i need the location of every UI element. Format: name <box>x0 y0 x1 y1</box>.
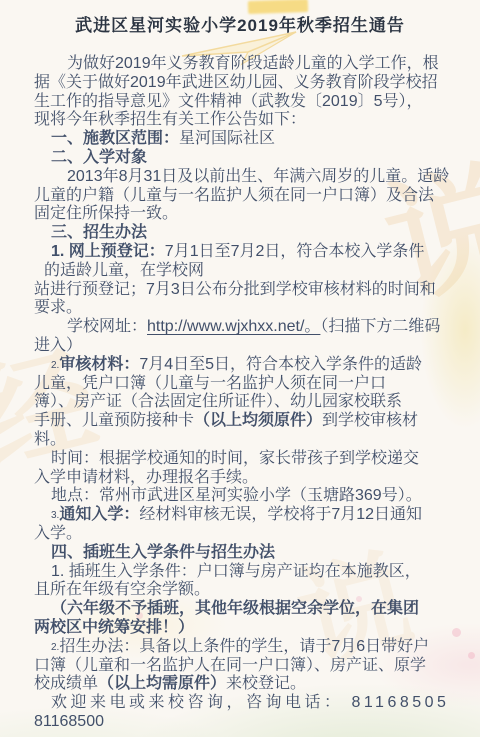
text-segment: 现将今年秋季招生有关工作公告如下： <box>34 111 306 128</box>
document-line: 四、插班生入学条件与招生办法 <box>51 544 474 563</box>
text-segment: 2013年8月31日及以前出生、年满六周岁的儿童。适龄 <box>67 168 449 185</box>
document-line: 手册、儿童预防接种卡（以上均须原件）到学校审核材 <box>34 412 474 431</box>
text-segment: 经材料审核无误，学校将于7月12日通知 <box>139 506 422 523</box>
text-segment: 儿童，凭户口簿（儿童与一名监护人须在同一户口 <box>34 375 386 392</box>
document-line: 81168500 <box>34 713 474 732</box>
text-segment: 二、入学对象 <box>51 149 147 166</box>
document-line: 进入） <box>34 337 474 356</box>
text-segment: 入学申请材料，办理报名手续。 <box>34 469 258 486</box>
document-line: 1. 插班生入学条件：户口簿与房产证均在本施教区， <box>51 563 474 582</box>
text-segment: 据《关于做好2019年武进区幼儿园、义务教育阶段学校招 <box>34 74 438 91</box>
document-line: 2013年8月31日及以前出生、年满六周岁的儿童。适龄 <box>67 168 474 187</box>
text-segment: 料。 <box>34 431 66 448</box>
text-segment: 学校网址： <box>67 318 147 335</box>
document-line: 现将今年秋季招生有关工作公告如下： <box>34 111 474 130</box>
text-segment: （六年级不予插班，其他年级根据空余学位，在集团 <box>51 600 419 617</box>
document-line: （六年级不予插班，其他年级根据空余学位，在集团 <box>51 600 474 619</box>
text-segment: 站进行预登记；7月3日公布分批到学校审核材料的时间和 <box>34 281 436 298</box>
document-line: 学校网址：http://www.wjxhxx.net/。（扫描下方二维码 <box>67 318 474 337</box>
page-title: 武进区星河实验小学2019年秋季招生通告 <box>0 11 480 36</box>
text-segment: 通知入学： <box>59 506 139 523</box>
document-line: 的适龄儿童，在学校网 <box>44 262 474 281</box>
text-segment: 7月1日至7月2日，符合本校入学条件 <box>165 243 425 260</box>
document-line: 且所在年级有空余学额。 <box>34 581 474 600</box>
document-line: 口簿（儿童和一名监护人在同一户口簿）、房产证、原学 <box>34 657 474 676</box>
document-line: 入学。 <box>34 525 474 544</box>
text-segment: 儿童的户籍（儿童与一名监护人须在同一户口簿）及合法 <box>34 187 434 204</box>
text-segment: 7月4日至5日，符合本校入学条件的适龄 <box>139 356 422 373</box>
document-line: 簿）、房产证（合法固定住所证件）、幼儿园家校联系 <box>34 393 474 412</box>
text-segment: 来校登记。 <box>226 675 306 692</box>
text-segment: （以上均需原件） <box>98 675 226 692</box>
document-line: 2.审核材料：7月4日至5日，符合本校入学条件的适龄 <box>51 356 474 375</box>
text-segment: 入学。 <box>34 525 82 542</box>
document-line: 二、入学对象 <box>51 149 474 168</box>
text-segment: 且所在年级有空余学额。 <box>34 581 210 598</box>
document-line: 据《关于做好2019年武进区幼儿园、义务教育阶段学校招 <box>34 74 474 93</box>
text-segment: 校成绩单 <box>34 675 98 692</box>
document-line: 生工作的指导意见》文件精神（武教发〔2019〕5号）， <box>34 93 474 112</box>
text-segment: 的适龄儿童，在学校网 <box>44 262 204 279</box>
text-segment: 口簿（儿童和一名监护人在同一户口簿）、房产证、原学 <box>34 657 426 674</box>
document-line: 入学申请材料，办理报名手续。 <box>34 469 474 488</box>
document-line: 一、施教区范围：星河国际社区 <box>51 130 474 149</box>
document-line: 儿童，凭户口簿（儿童与一名监护人须在同一户口 <box>34 375 474 394</box>
document-line: 料。 <box>34 431 474 450</box>
document-line: 两校区中统筹安排！） <box>34 619 474 638</box>
document-line: 校成绩单（以上均需原件）来校登记。 <box>34 675 474 694</box>
document-line: 时间：根据学校通知的时间，家长带孩子到学校递交 <box>51 450 474 469</box>
text-segment: 一、施教区范围： <box>51 130 179 147</box>
text-segment: 要求。 <box>34 299 82 316</box>
document-line: 为做好2019年义务教育阶段适龄儿童的入学工作，根 <box>67 55 474 74</box>
text-segment: 簿）、房产证（合法固定住所证件）、幼儿园家校联系 <box>34 393 402 410</box>
school-url-text: http://www.wjxhxx.net/。 <box>147 318 320 335</box>
text-segment: 到学校审核材 <box>322 412 418 429</box>
text-segment: （扫描下方二维码 <box>320 318 440 335</box>
document-line: 欢迎来电或来校咨询，咨询电话： 81168505 <box>51 694 474 713</box>
text-segment: 地点：常州市武进区星河实验小学（玉塘路369号）。 <box>51 487 422 504</box>
document-line: 儿童的户籍（儿童与一名监护人须在同一户口簿）及合法 <box>34 187 474 206</box>
document-line: 地点：常州市武进区星河实验小学（玉塘路369号）。 <box>51 487 474 506</box>
text-segment: 招生办法：具备以上条件的学生，请于7月6日带好户 <box>59 638 429 655</box>
document-line: 1. 网上预登记：7月1日至7月2日，符合本校入学条件 <box>51 243 474 262</box>
text-segment: 三、招生办法 <box>51 224 147 241</box>
document-line: 固定住所保持一致。 <box>34 205 474 224</box>
text-segment: 四、插班生入学条件与招生办法 <box>51 544 275 561</box>
document-body: 为做好2019年义务教育阶段适龄儿童的入学工作，根据《关于做好2019年武进区幼… <box>34 55 474 732</box>
text-segment: 81168500 <box>34 713 104 730</box>
text-segment: 欢迎来电或来校咨询，咨询电话： 81168505 <box>51 694 449 711</box>
notice-photo: 说 经 说 武进区星河实验小学2019年秋季招生通告 为做好2019年义务教育阶… <box>0 0 480 737</box>
text-segment: 手册、儿童预防接种卡 <box>34 412 194 429</box>
text-segment: 审核材料： <box>59 356 139 373</box>
text-segment: 星河国际社区 <box>179 130 275 147</box>
text-segment: （以上均须原件） <box>194 412 322 429</box>
document-line: 3.通知入学：经材料审核无误，学校将于7月12日通知 <box>51 506 474 525</box>
text-segment: 生工作的指导意见》文件精神（武教发〔2019〕5号）， <box>34 93 423 110</box>
document-line: 2.招生办法：具备以上条件的学生，请于7月6日带好户 <box>51 638 474 657</box>
text-segment: 时间：根据学校通知的时间，家长带孩子到学校递交 <box>51 450 419 467</box>
document-line: 三、招生办法 <box>51 224 474 243</box>
text-segment: 1. 网上预登记： <box>51 243 165 260</box>
text-segment: 为做好2019年义务教育阶段适龄儿童的入学工作，根 <box>67 55 439 72</box>
document-line: 要求。 <box>34 299 474 318</box>
text-segment: 两校区中统筹安排！） <box>34 619 194 636</box>
text-segment: 1. 插班生入学条件：户口簿与房产证均在本施教区， <box>51 563 421 580</box>
document-line: 站进行预登记；7月3日公布分批到学校审核材料的时间和 <box>34 281 474 300</box>
text-segment: 固定住所保持一致。 <box>34 205 178 222</box>
text-segment: 进入） <box>34 337 82 354</box>
